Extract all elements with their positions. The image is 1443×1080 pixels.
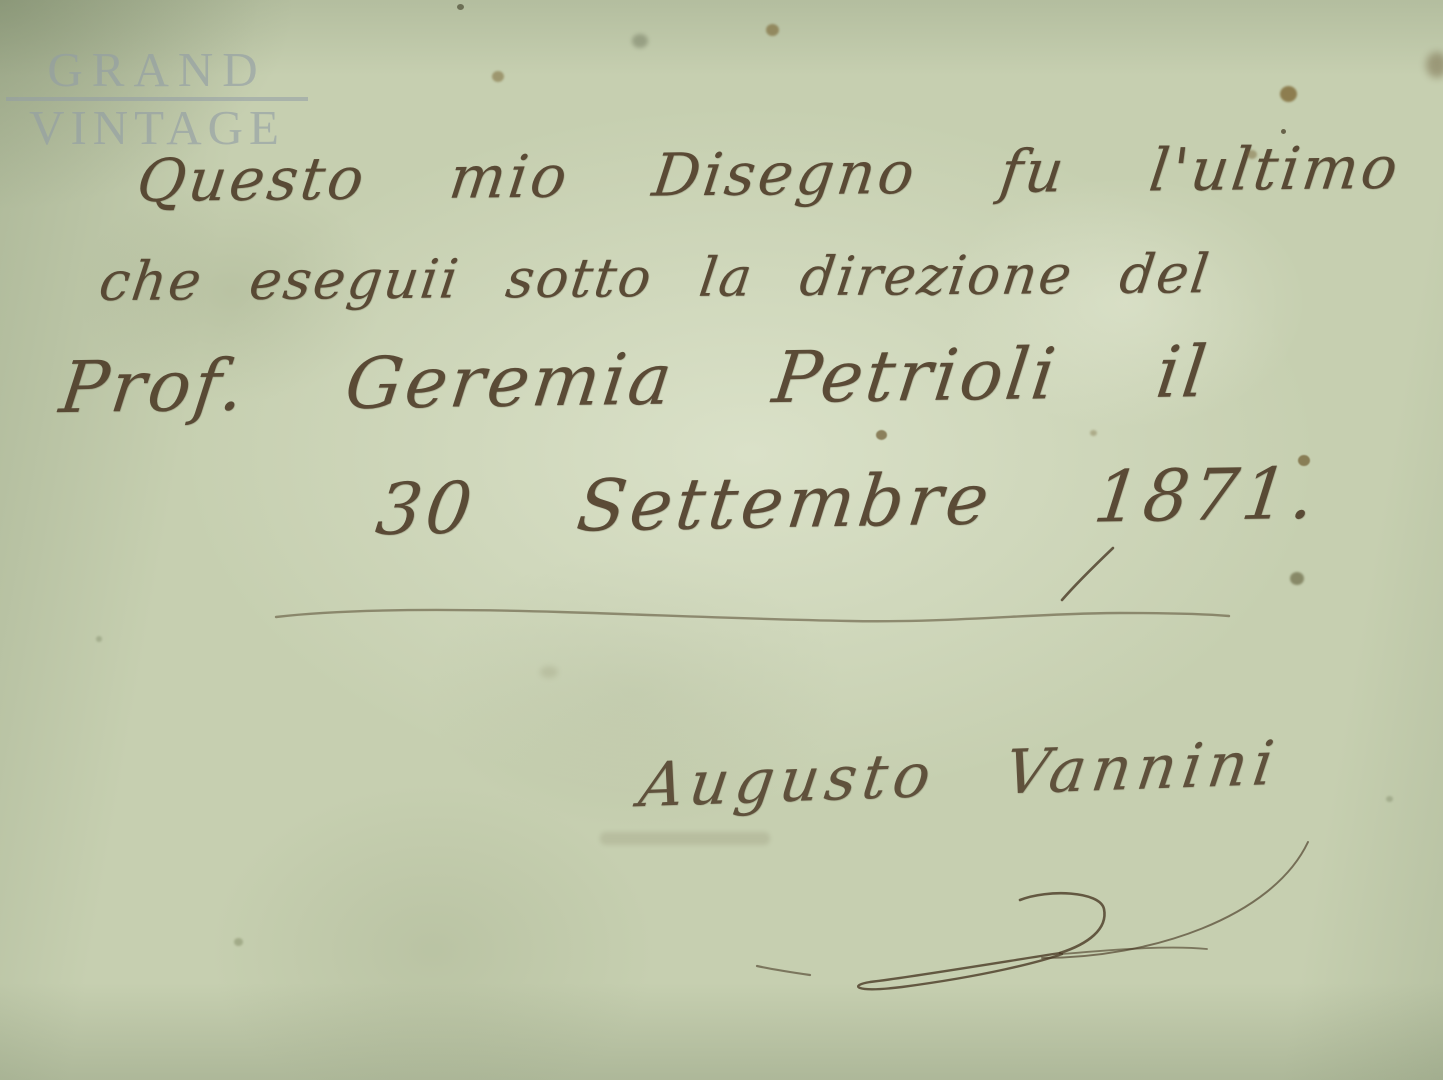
stain <box>234 938 243 946</box>
signature-tail-stroke <box>1042 842 1308 958</box>
hand-drawn-rule <box>276 610 1229 621</box>
stain <box>876 430 887 440</box>
watermark: GRAND VINTAGE <box>6 44 308 154</box>
stain <box>96 636 102 642</box>
stain <box>492 71 504 82</box>
stain <box>1426 52 1443 78</box>
signature-flourish-loop <box>858 953 1062 989</box>
stain <box>1290 572 1304 585</box>
stain <box>540 666 558 678</box>
signature-flourish-tail <box>1062 948 1207 954</box>
inscription-line-3: Prof. Geremia Petrioli il <box>55 330 1213 429</box>
stain <box>1386 796 1393 802</box>
stain <box>632 34 648 48</box>
stain <box>766 24 779 36</box>
manuscript-photo: GRAND VINTAGE Questo mio Disegno fu l'ul… <box>0 0 1443 1080</box>
stain <box>1280 86 1297 102</box>
date-descender-stroke <box>1062 548 1113 600</box>
inscription-line-4: 30 Settembre 1871. <box>372 452 1323 552</box>
inscription-line-2: che eseguii sotto la direzione del <box>96 242 1215 313</box>
signature-flourish-hook <box>1020 893 1105 953</box>
signature: Augusto Vannini <box>635 728 1284 822</box>
ink-setoff-smudge <box>600 832 770 845</box>
flourish-dash <box>757 966 810 975</box>
inscription-line-1: Questo mio Disegno fu l'ultimo <box>133 133 1405 215</box>
stain <box>457 4 464 10</box>
stain <box>1090 430 1097 436</box>
watermark-grand: GRAND <box>6 44 308 96</box>
